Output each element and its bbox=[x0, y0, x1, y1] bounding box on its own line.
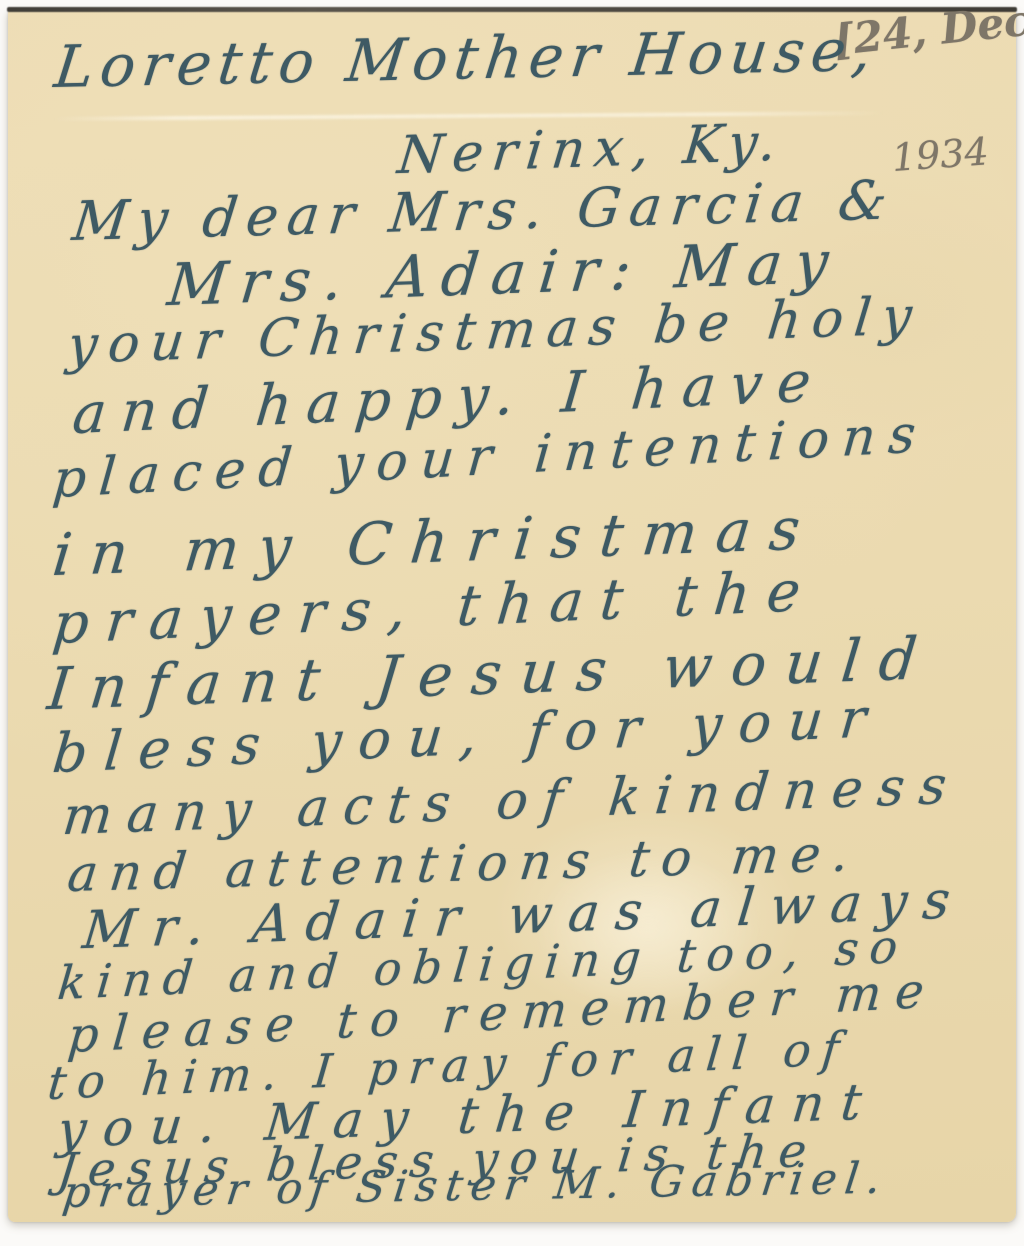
scanned-letter-image: [24, Dec] 1934 Loretto Mother House, Ner… bbox=[0, 0, 1024, 1246]
letter-paper: [24, Dec] 1934 Loretto Mother House, Ner… bbox=[8, 10, 1016, 1222]
letter-line-heading-address: Loretto Mother House, bbox=[51, 19, 882, 100]
pencil-year-annotation: 1934 bbox=[890, 129, 990, 180]
paper-top-edge-shadow bbox=[7, 7, 1017, 12]
